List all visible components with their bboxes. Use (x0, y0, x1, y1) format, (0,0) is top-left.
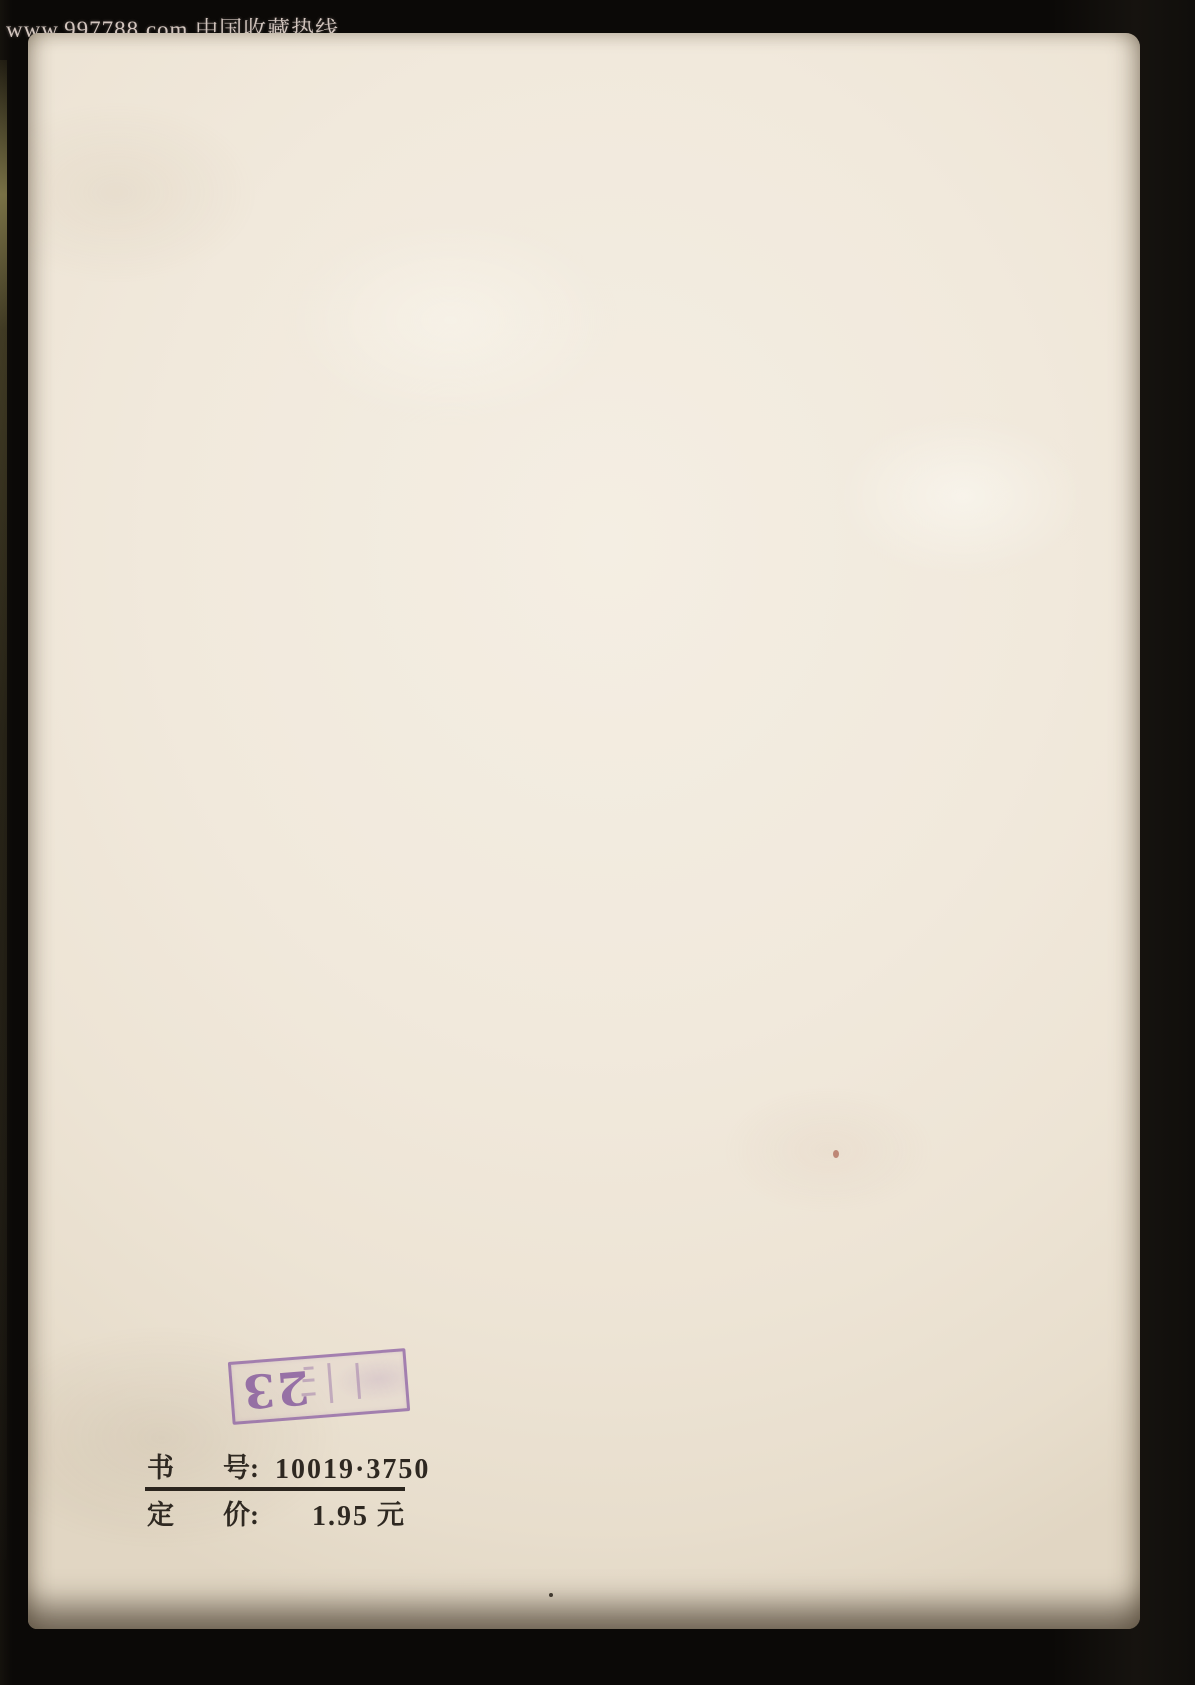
library-stamp: 23 (228, 1348, 410, 1425)
book-number-label-char1: 书 (147, 1455, 174, 1482)
stamp-faint-mark (355, 1363, 361, 1399)
paper-dark-speck (549, 1593, 553, 1597)
price-label-char2: 价: (223, 1502, 259, 1529)
adjacent-page-edge (0, 60, 7, 1560)
price-value: 1.95 (312, 1503, 369, 1531)
paper-stain-speck (833, 1150, 839, 1158)
stamp-faint-mark (303, 1366, 313, 1370)
stamp-faint-mark (302, 1378, 314, 1382)
book-number-value: 10019·3750 (275, 1456, 430, 1484)
price-unit: 元 (377, 1502, 404, 1529)
book-number-label-char2: 号: (223, 1455, 259, 1482)
stamp-faint-mark (301, 1392, 315, 1396)
price-label-char1: 定 (147, 1502, 174, 1529)
info-divider (145, 1487, 405, 1491)
book-back-cover: 23 书 号: 10019·3750 定 价: 1.95 元 (28, 33, 1140, 1629)
stamp-faint-mark (327, 1363, 333, 1403)
photo-background: www.997788.com 中国收藏热线 23 书 号: 10019·3750… (0, 0, 1195, 1685)
stamp-digits: 23 (239, 1360, 311, 1418)
